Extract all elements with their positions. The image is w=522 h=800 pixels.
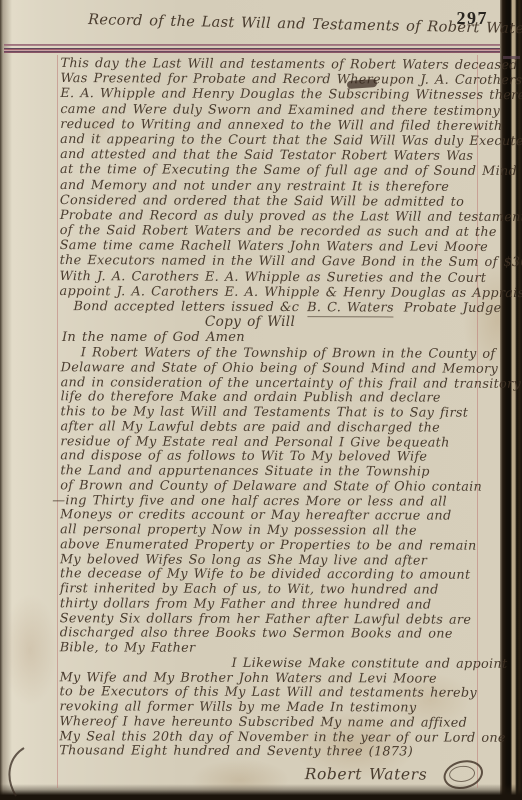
rule-line-thick [4, 48, 500, 53]
page-title: Record of the Last Will and Testaments o… [88, 11, 468, 36]
testator-signature: Robert Waters [305, 765, 428, 783]
record-line: and Memory and not under any restraint I… [60, 178, 506, 195]
probate-record-entry: This day the Last Will and testaments of… [59, 56, 506, 316]
copy-of-will-heading: Copy of Will [60, 314, 440, 330]
signature-row: Robert Waters [59, 760, 505, 788]
seal-scribble-icon [441, 756, 487, 793]
left-margin-line [57, 55, 58, 788]
pen-flourish-mark [2, 746, 32, 798]
bond-accepted-note: Bond accepted letters issued &c [73, 299, 299, 315]
record-line: E. A. Whipple and Henry Douglas the Subs… [60, 86, 506, 103]
will-invocation: In the name of God Amen [62, 330, 245, 345]
will-text-body: I Robert Waters of the Township of Brown… [59, 346, 507, 788]
record-line: Considered and ordered that the Said Wil… [60, 193, 506, 210]
header-double-rule [4, 44, 500, 53]
will-line: Thousand Eight hundred and Seventy three… [59, 744, 505, 760]
record-line: With J. A. Carothers E. A. Whipple as Su… [60, 269, 506, 286]
record-line: came and Were duly Sworn and Examined an… [60, 102, 506, 119]
record-line: at the time of Executing the Same of ful… [60, 162, 506, 179]
book-binding-edge [0, 0, 12, 800]
record-line: the Executors named in the Will and Gave… [60, 253, 506, 270]
rule-line-thin [4, 44, 500, 46]
ledger-page: 297 Record of the Last Will and Testamen… [0, 0, 522, 800]
